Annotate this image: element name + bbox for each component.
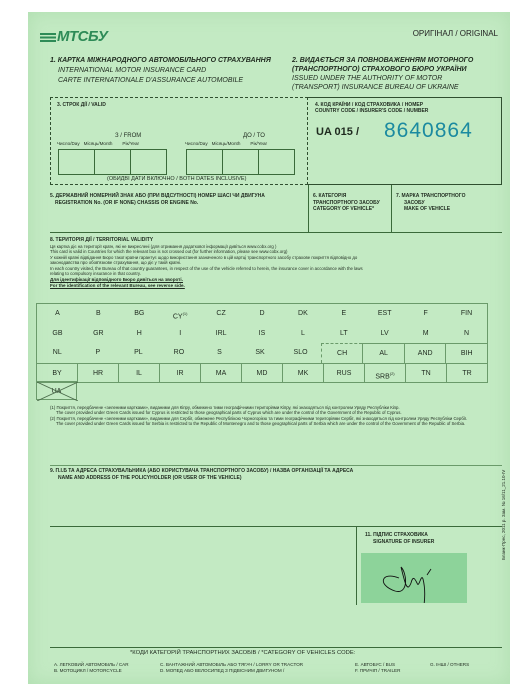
divider (356, 526, 357, 605)
printer-info: Бланк-Прес, 2011 р. Зам. № 16/11_21.10-I… (501, 470, 506, 560)
code-e-f: E. АВТОБУС / BUSF. ПРИЧІП / TRAILER (355, 662, 400, 674)
signature-label: 11. ПІДПИС СТРАХОВИКА SIGNATURE OF INSUR… (365, 532, 434, 545)
mtsbu-logo: МТСБУ (40, 28, 107, 45)
codes-title: *КОДИ КАТЕГОРІЙ ТРАНСПОРТНИХ ЗАСОБІВ / *… (130, 650, 355, 656)
field-2: 2. ВИДАЄТЬСЯ ЗА ПОВНОВАЖЕННЯМ МОТОРНОГО … (292, 57, 473, 91)
country-cy: CY(1) (160, 304, 201, 324)
code-g: G. ІНШІ / OTHERS (430, 662, 469, 668)
country-ua-crossed: UA (36, 381, 77, 400)
territory-section: 8. ТЕРИТОРІЯ ДІЇ / TERRITORIAL VALIDITY … (50, 237, 500, 289)
original-label: ОРИГІНАЛ / ORIGINAL (413, 29, 498, 38)
country-row: GBGRHIIRLISLLTLVMN (37, 324, 487, 344)
divider (50, 647, 502, 648)
card-number: 8640864 (384, 119, 473, 143)
cross-out-icon (37, 382, 78, 401)
from-date-input[interactable] (59, 149, 167, 175)
divider (50, 465, 502, 466)
from-col-labels: Число/DayМісяць/MonthРік/Year (57, 141, 139, 147)
country-row: NLPPLROSSKSLOCHALANDBIH (37, 343, 487, 363)
field-1: 1. КАРТКА МІЖНАРОДНОГО АВТОМОБІЛЬНОГО СТ… (50, 57, 271, 84)
divider (50, 232, 502, 233)
code-c-d: C. ВАНТАЖНИЙ АВТОМОБІЛЬ АБО ТЯГАЧ / LORR… (160, 662, 303, 674)
to-col-labels: Число/DayМісяць/MonthРік/Year (185, 141, 267, 147)
field-5-label: 5. ДЕРЖАВНИЙ НОМЕРНИЙ ЗНАК АБО (ПРИ ВІДС… (50, 193, 265, 206)
field-6-label: 6. КАТЕГОРІЯТРАНСПОРТНОГО ЗАСОБУCATEGORY… (313, 193, 380, 213)
to-date-input[interactable] (187, 149, 295, 175)
divider (50, 526, 502, 527)
country-row: ABBGCY(1)CZDDKEESTFFIN (37, 304, 487, 324)
signature-scribble-icon (361, 553, 467, 603)
code-a-b: A. ЛЕГКОВИЙ АВТОМОБІЛЬ / CARB. МОТОЦИКЛ … (54, 662, 129, 674)
country-insurer-code: UA 015 / (316, 126, 359, 138)
signature-area (361, 553, 467, 603)
countries-grid: ABBGCY(1)CZDDKEESTFFIN GBGRHIIRLISLLTLVM… (36, 303, 488, 383)
country-row: BYHRILIRMAMDMKRUSSRB(2)TNTR (37, 363, 487, 383)
logo-stripes-icon (40, 33, 56, 42)
field-7-label: 7. МАРКА ТРАНСПОРТНОГОЗАСОБУMAKE OF VEHI… (396, 193, 465, 213)
policyholder-label: 9. П.І.Б ТА АДРЕСА СТРАХУВАЛЬНИКА (АБО К… (50, 468, 353, 481)
divider (391, 185, 392, 232)
validity-section: 3. СТРОК ДІЇ / VALID З / FROM ДО / TO Чи… (50, 97, 308, 185)
divider (308, 185, 309, 232)
code-section: 4. КОД КРАЇНИ / КОД СТРАХОВИКА / НОМЕР C… (308, 97, 502, 185)
country-srb: SRB(2) (364, 363, 405, 383)
footnotes: (1) Покриття, передбачене «зеленими карт… (50, 405, 500, 427)
